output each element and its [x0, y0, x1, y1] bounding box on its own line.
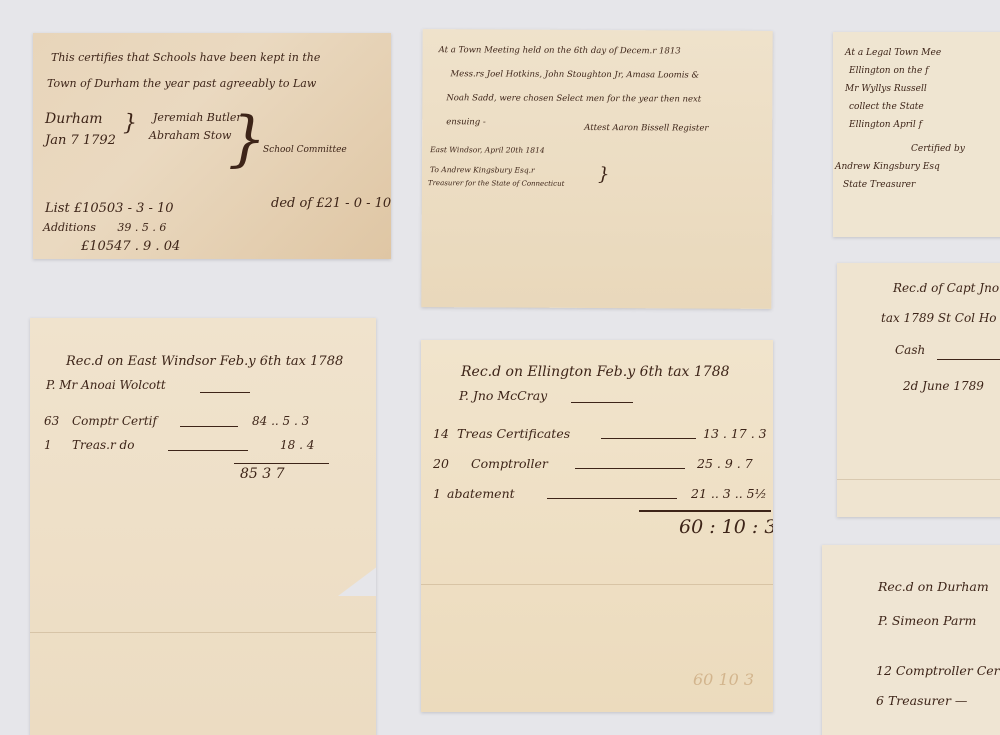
- brace: }: [123, 111, 137, 136]
- date: Jan 7 1792: [45, 133, 116, 148]
- rule: [575, 468, 685, 469]
- item-2-desc: Comptroller: [471, 456, 548, 471]
- item-2-qty: 20: [433, 456, 449, 471]
- addressee-1: Andrew Kingsbury Esq: [835, 162, 940, 172]
- item-3-qty: 1: [433, 486, 441, 501]
- item-1-desc: Comptr Certif: [72, 414, 157, 428]
- rule: [200, 392, 250, 393]
- faint-pencil-note: 60 10 3: [693, 670, 754, 689]
- east-windsor-town-meeting: At a Town Meeting held on the 6th day of…: [421, 29, 772, 309]
- item-3-amount: 21 .. 3 .. 5½: [691, 486, 767, 501]
- rule: [547, 498, 677, 499]
- fold-line: [837, 479, 1000, 480]
- receipt-heading: Rec.d on Ellington Feb.y 6th tax 1788: [461, 364, 730, 380]
- deduct: ded of £21 - 0 - 10: [271, 196, 391, 211]
- legal-line-1: At a Legal Town Mee: [845, 48, 941, 58]
- fold-line: [421, 584, 773, 585]
- ellington-legal-town-meeting: At a Legal Town Mee Ellington on the f M…: [833, 32, 1000, 237]
- item-1-desc: Treas Certificates: [457, 426, 570, 441]
- ledger-additions: Additions 39 . 5 . 6: [43, 221, 166, 234]
- total-rule: [639, 510, 771, 512]
- east-windsor-receipt: Rec.d on East Windsor Feb.y 6th tax 1788…: [30, 318, 376, 735]
- signer-2: Abraham Stow: [149, 129, 231, 142]
- item-2-amount: 18 . 4: [280, 438, 314, 452]
- legal-line-5: Ellington April f: [849, 120, 922, 130]
- item-2-desc: Treas.r do: [72, 438, 134, 452]
- fold-line: [30, 632, 376, 633]
- rule: [937, 359, 1000, 360]
- received-by: P. Mr Anoai Wolcott: [46, 378, 166, 392]
- item-2-qty: 1: [44, 438, 52, 452]
- item-3-desc: abatement: [447, 486, 515, 501]
- rule: [180, 426, 238, 427]
- meeting-line-2: Mess.rs Joel Hotkins, John Stoughton Jr,…: [450, 69, 699, 80]
- place: Durham: [45, 111, 103, 127]
- legal-line-2: Ellington on the f: [849, 66, 928, 76]
- legal-line-3: Mr Wyllys Russell: [845, 84, 927, 94]
- meeting-line-4: ensuing -: [446, 117, 486, 127]
- item-1-amount: 13 . 17 . 3: [703, 426, 767, 441]
- durham-line-2: P. Simeon Parm: [878, 613, 976, 628]
- durham-school-certificate: This certifies that Schools have been ke…: [33, 33, 391, 259]
- rule: [571, 402, 633, 403]
- dated: East Windsor, April 20th 1814: [430, 145, 545, 155]
- legal-line-4: collect the State: [849, 102, 924, 112]
- ledger-total: £10547 . 9 . 04: [81, 239, 180, 254]
- durham-line-1: Rec.d on Durham: [878, 579, 989, 594]
- item-1: 12 Comptroller Cer: [876, 663, 1000, 678]
- capt-line-3: Cash: [895, 343, 925, 357]
- received-by: P. Jno McCray: [459, 388, 547, 403]
- capt-line-1: Rec.d of Capt Jno: [893, 281, 999, 295]
- ellington-receipt: Rec.d on Ellington Feb.y 6th tax 1788 P.…: [421, 340, 773, 712]
- durham-receipt: Rec.d on Durham P. Simeon Parm 12 Comptr…: [822, 545, 1000, 735]
- receipt-total: 85 3 7: [240, 466, 285, 482]
- ledger-list: List £10503 - 3 - 10: [45, 201, 174, 216]
- meeting-line-1: At a Town Meeting held on the 6th day of…: [439, 45, 681, 56]
- rule: [601, 438, 696, 439]
- attest: Attest Aaron Bissell Register: [584, 123, 708, 134]
- receipt-total: 60 : 10 : 3: [679, 516, 773, 538]
- item-2-amount: 25 . 9 . 7: [697, 456, 753, 471]
- certificate-line-2: Town of Durham the year past agreeably t…: [47, 77, 316, 90]
- addressee-1: To Andrew Kingsbury Esq.r: [430, 165, 535, 175]
- capt-receipt: Rec.d of Capt Jno tax 1789 St Col Ho Cas…: [837, 263, 1000, 517]
- receipt-heading: Rec.d on East Windsor Feb.y 6th tax 1788: [66, 354, 343, 369]
- rule: [168, 450, 248, 451]
- committee: School Committee: [263, 145, 347, 155]
- certificate-line-1: This certifies that Schools have been ke…: [51, 51, 320, 64]
- certified: Certified by: [911, 144, 965, 154]
- item-1-amount: 84 .. 5 . 3: [252, 414, 309, 428]
- addressee-2: Treasurer for the State of Connecticut: [428, 179, 565, 188]
- addressee-2: State Treasurer: [843, 180, 915, 190]
- meeting-line-3: Noah Sadd, were chosen Select men for th…: [446, 93, 701, 104]
- capt-date: 2d June 1789: [903, 379, 984, 393]
- total-rule: [234, 463, 329, 464]
- capt-line-2: tax 1789 St Col Ho: [881, 311, 997, 325]
- torn-notch: [338, 566, 376, 596]
- item-1-qty: 14: [433, 426, 449, 441]
- item-1-qty: 63: [44, 414, 59, 428]
- brace: }: [598, 164, 610, 185]
- item-2: 6 Treasurer —: [876, 693, 967, 708]
- large-brace: }: [228, 109, 266, 169]
